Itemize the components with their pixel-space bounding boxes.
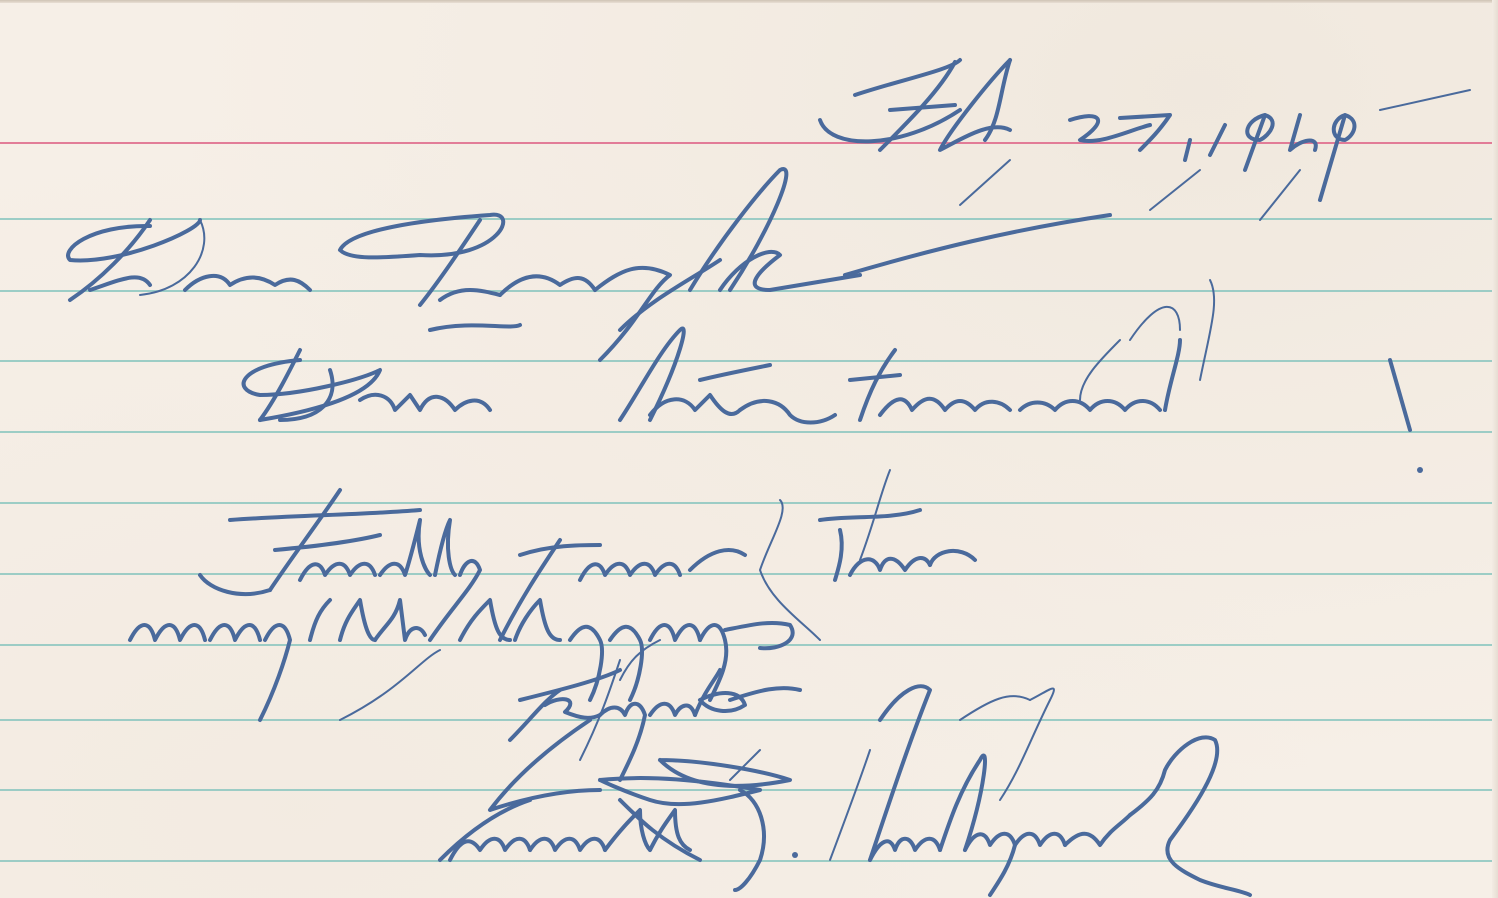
closing-text: Regards <box>520 670 705 721</box>
salutation-text: Dear Dwight — <box>70 220 505 285</box>
index-card: Feb. 27, 1959 Dear Dwight — Better late … <box>0 0 1498 898</box>
body-line-1: Better late than never! <box>240 360 891 425</box>
signature-text: Emmett J. Ashford <box>440 790 996 860</box>
body-line-3: among old clippings <box>130 590 703 655</box>
body-line-2: Finally found this <box>200 500 697 565</box>
date-text: Feb. 27, 1959 <box>820 80 1182 140</box>
handwriting-ink <box>0 0 1498 898</box>
